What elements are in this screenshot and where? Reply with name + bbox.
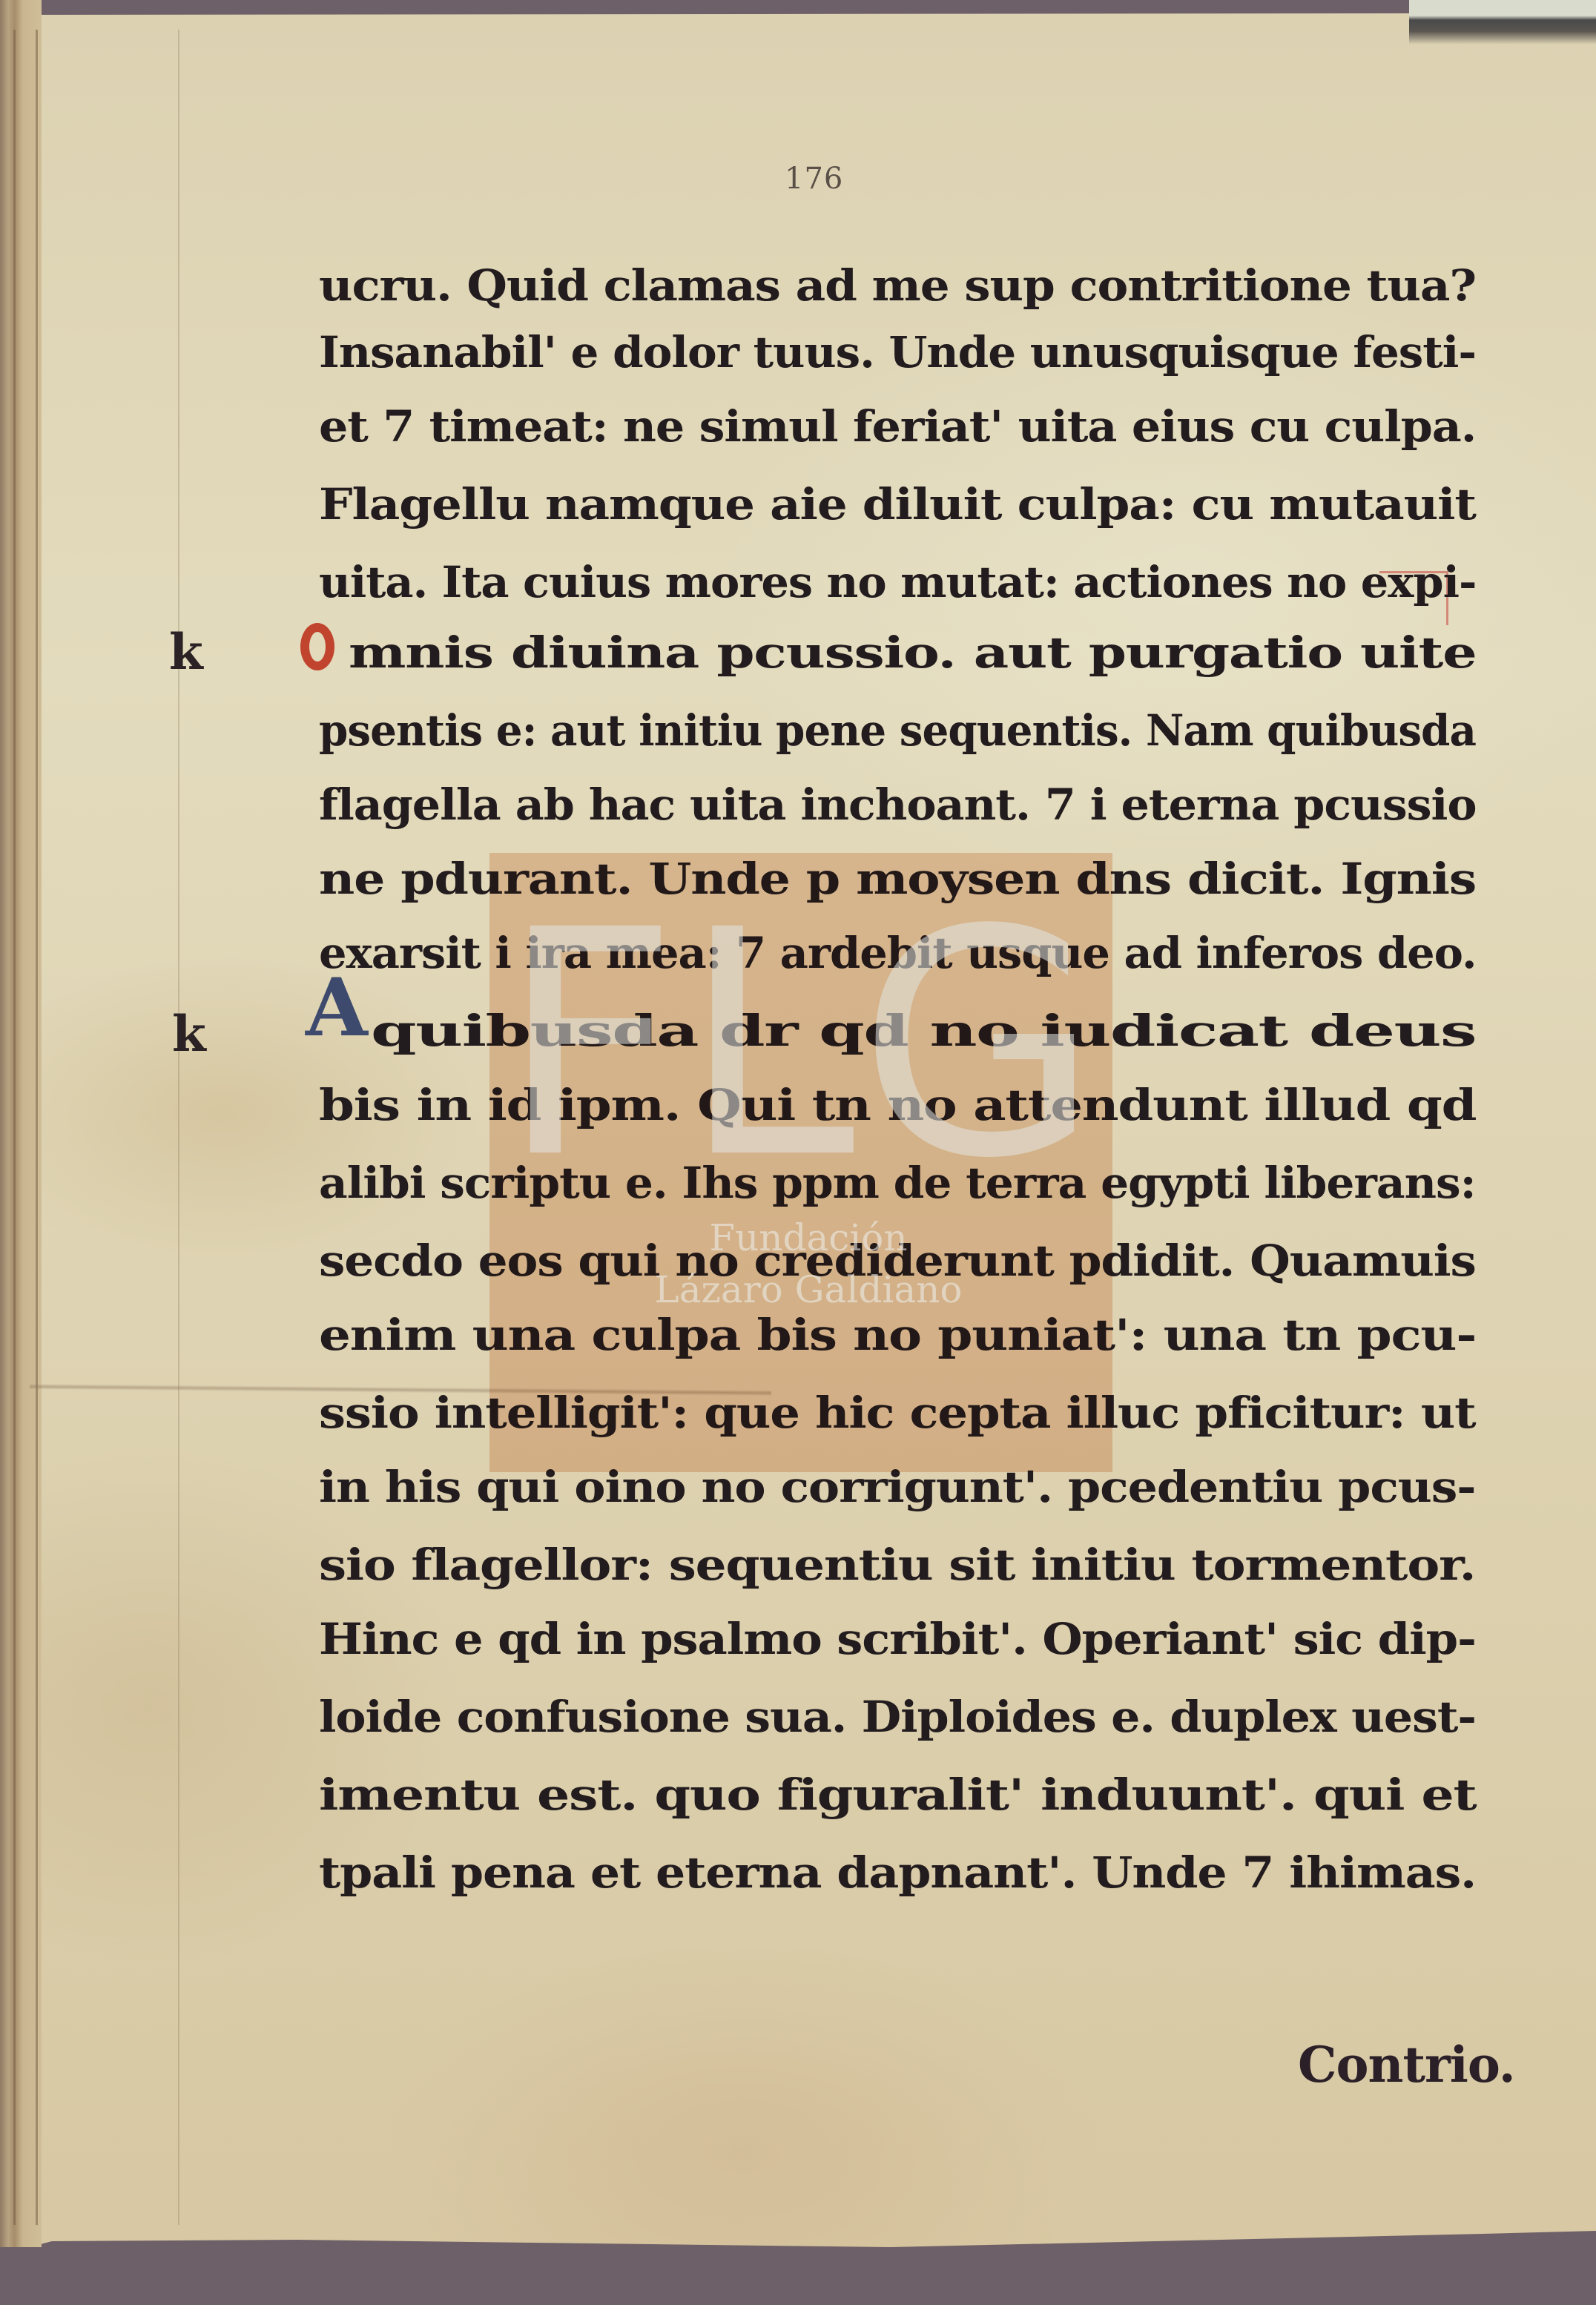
text-line: tpali pena et eterna dapnant'. Unde 7 ih… (319, 1843, 1476, 1902)
binding-line (13, 30, 16, 2225)
text-line: imentu est. quo figuralit' induunt'. qui… (319, 1765, 1477, 1824)
text-line: ucru. Quid clamas ad me sup contritione … (319, 256, 1476, 315)
margin-mark-k: k (169, 623, 203, 681)
background-strip (0, 2247, 1596, 2305)
margin-mark-k: k (172, 1005, 206, 1063)
binding-line (36, 30, 38, 2225)
watermark-logo: FLG (489, 875, 1112, 1246)
folio-number: 176 (785, 162, 843, 196)
text-line: Flagellu namque aie diluit culpa: cu mut… (319, 475, 1476, 534)
text-line: Insanabil' e dolor tuus. Unde unusquisqu… (319, 323, 1476, 382)
rubricated-initial-o (300, 623, 334, 670)
watermark-caption-line1: Fundación (519, 1216, 1098, 1259)
text-line: Hinc e qd in psalmo scribit'. Operiant' … (319, 1609, 1476, 1669)
page-top-edge (1409, 0, 1596, 44)
text-line: mnis diuina pcussio. aut purgatio uite (349, 623, 1476, 682)
text-line: psentis e: aut initiu pene sequentis. Na… (319, 701, 1476, 760)
margin-ruling (178, 30, 179, 2225)
catchword: Contrio. (1298, 2036, 1515, 2094)
text-line: et 7 timeat: ne simul feriat' uita eius … (319, 397, 1476, 456)
text-line: loide confusione sua. Diploides e. duple… (319, 1687, 1476, 1747)
text-line: flagella ab hac uita inchoant. 7 i etern… (319, 775, 1476, 834)
text-line: sio flagellor: sequentiu sit initiu torm… (319, 1535, 1475, 1595)
watermark-caption-line2: Lázaro Galdiano (519, 1268, 1098, 1311)
text-line: uita. Ita cuius mores no mutat: actiones… (319, 553, 1476, 612)
